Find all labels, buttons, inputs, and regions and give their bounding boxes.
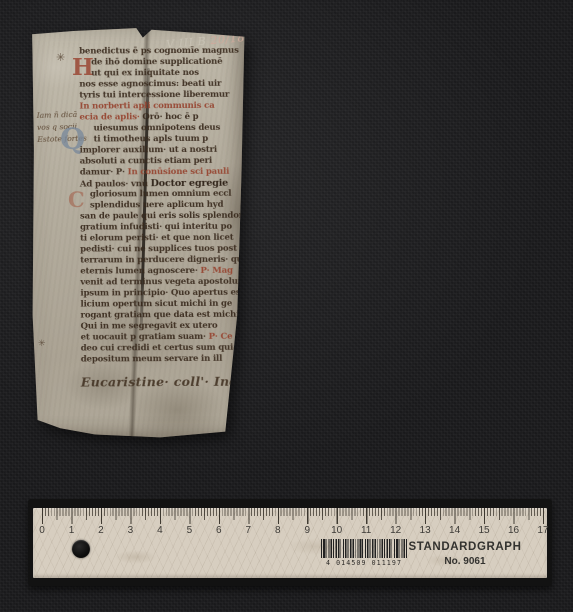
- parchment: V III B 20/182c ✳ ✳ Iam ñ dicā vos q soc…: [30, 26, 247, 439]
- ruler-number-4: 4: [157, 525, 163, 536]
- ruler-number-3: 3: [128, 525, 134, 536]
- manuscript-line-21: eternis lumen agnoscere· P· Mag: [80, 265, 280, 277]
- text-segment: splendidus uere aplicum hyd: [90, 200, 223, 211]
- text-segment: P· Ce: [209, 332, 233, 342]
- ruler-number-17: 17: [537, 525, 548, 536]
- manuscript-line-26: Qui in me segregavit ex utero: [81, 320, 281, 332]
- ruler-number-16: 16: [508, 525, 519, 536]
- text-segment: ti timotheus apls tuum p: [94, 134, 209, 145]
- text-segment: implorer auxilium· ut a nostri: [80, 145, 217, 156]
- text-segment: et uocauit p gratiam suam·: [81, 332, 209, 343]
- manuscript-line-16: san de paule qui eris solis splendor: [80, 210, 280, 222]
- ruler-number-1: 1: [69, 525, 75, 536]
- text-segment: de ihō domine supplicationē: [91, 57, 222, 68]
- text-segment: benedictus ē ps cognomīe magnus: [79, 46, 239, 57]
- text-segment: depositum meum servare in ill: [81, 354, 222, 365]
- manuscript-line-22: venit ad terminus vegeta apostolum: [80, 276, 280, 288]
- text-segment: In norberti apłi communis ca: [79, 101, 214, 112]
- manuscript-line-23: ipsum in principio· Quo apertus est pe: [80, 287, 280, 299]
- text-segment: Orō· hoc ē p: [140, 112, 199, 122]
- ruler-brand-name: STANDARDGRAPH: [385, 541, 545, 553]
- manuscript-line-4: nos esse agnoscimus: beati uir: [79, 78, 279, 90]
- manuscript-line-2: de ihō domine supplicationē: [79, 56, 279, 68]
- text-segment: ipsum in principio· Quo apertus est pe: [80, 288, 258, 299]
- text-segment: gloriosum lumen omnium eccl: [90, 189, 232, 200]
- ruler-number-2: 2: [98, 525, 104, 536]
- ruler-model-number: No. 9061: [385, 556, 545, 567]
- text-segment: ut qui ex iniquitate nos: [91, 68, 199, 79]
- manuscript-line-11: absoluti a cunctis etiam peri: [80, 155, 280, 167]
- ruler-number-6: 6: [216, 525, 222, 536]
- ruler-number-8: 8: [275, 525, 281, 536]
- manuscript-line-27: et uocauit p gratiam suam· P· Ce: [81, 331, 281, 343]
- manuscript-line-20: terrarum in perducere digneris· qui: [80, 254, 280, 266]
- manuscript-line-19: pedisti· cui ne supplices tuos post: [80, 243, 280, 255]
- ruler-number-0: 0: [39, 525, 45, 536]
- text-segment: In conūsione sci pauli: [128, 167, 230, 178]
- text-segment: terrarum in perducere digneris· qui: [80, 255, 246, 266]
- ruler-hanging-hole: [72, 540, 90, 558]
- ruler-number-5: 5: [187, 525, 193, 536]
- text-segment: absoluti a cunctis etiam peri: [80, 156, 212, 167]
- text-segment: rogant gratiam que data est michi: [80, 310, 239, 321]
- ruler-number-13: 13: [420, 525, 431, 536]
- text-segment: licium opertum sicut michi in ge: [80, 299, 232, 310]
- text-segment: uiesumus omnipotens deus: [94, 123, 221, 134]
- manuscript-line-29: depositum meum servare in ill: [81, 353, 281, 365]
- manuscript-fragment: V III B 20/182c ✳ ✳ Iam ñ dicā vos q soc…: [30, 26, 247, 439]
- ruler-number-7: 7: [246, 525, 252, 536]
- manuscript-line-10: implorer auxilium· ut a nostri: [80, 144, 280, 156]
- ruler-number-14: 14: [449, 525, 460, 536]
- manuscript-line-1: benedictus ē ps cognomīe magnus: [79, 45, 279, 57]
- manuscript-display-line: Eucaristine· coll'· Indulgē: [81, 373, 281, 389]
- text-segment: deo cui credidi et certus sum quia: [81, 343, 239, 354]
- manuscript-line-24: licium opertum sicut michi in ge: [80, 298, 280, 310]
- text-segment: ti elorum peristi· et que non licet: [80, 233, 234, 244]
- ruler-number-9: 9: [304, 525, 310, 536]
- text-segment: venit ad terminus vegeta apostolum: [80, 277, 246, 288]
- ruler: 01234567891011121314151617 4 014509 0111…: [28, 499, 552, 586]
- photo-stage: V III B 20/182c ✳ ✳ Iam ñ dicā vos q soc…: [0, 0, 573, 612]
- ruler-number-12: 12: [390, 525, 401, 536]
- star-mark-top: ✳: [56, 51, 65, 64]
- text-segment: nos esse agnoscimus: beati uir: [79, 79, 221, 90]
- star-mark-bottom: ✳: [38, 339, 46, 349]
- manuscript-line-17: gratium infudisti· qui interitu po: [80, 221, 280, 233]
- text-segment: gratium infudisti· qui interitu po: [80, 222, 232, 233]
- manuscript-line-5: tyris tui intercessione liberemur: [79, 89, 279, 101]
- manuscript-line-9: ti timotheus apls tuum p: [80, 133, 280, 145]
- text-segment: Ad paulos· vnū: [80, 179, 151, 189]
- ruler-number-15: 15: [478, 525, 489, 536]
- text-segment: eternis lumen agnoscere·: [80, 266, 200, 277]
- text-segment: tyris tui intercessione liberemur: [79, 90, 229, 101]
- manuscript-line-28: deo cui credidi et certus sum quia: [81, 342, 281, 354]
- ruler-ticks-cm: [42, 508, 545, 524]
- ruler-number-10: 10: [331, 525, 342, 536]
- manuscript-line-7: ecia de aplis· Orō· hoc ē p: [79, 111, 279, 123]
- manuscript-text-block: benedictus ē ps cognomīe magnusde ihō do…: [79, 45, 281, 389]
- manuscript-line-8: uiesumus omnipotens deus: [80, 122, 280, 134]
- manuscript-line-6: In norberti apłi communis ca: [79, 100, 279, 112]
- ruler-number-11: 11: [361, 525, 371, 536]
- manuscript-line-13: Ad paulos· vnū Doctor egregie: [80, 177, 280, 189]
- ruler-number-row: 01234567891011121314151617: [33, 525, 547, 538]
- text-segment: Doctor egregie: [151, 178, 228, 189]
- ruler-wood-face: 01234567891011121314151617 4 014509 0111…: [33, 508, 547, 578]
- text-segment: damur· P·: [80, 167, 128, 177]
- ruler-brand-block: STANDARDGRAPH No. 9061: [385, 541, 545, 567]
- text-segment: san de paule qui eris solis splendor: [80, 211, 243, 222]
- manuscript-line-14: gloriosum lumen omnium eccl: [80, 188, 280, 200]
- text-segment: ecia de aplis·: [79, 112, 139, 122]
- manuscript-lines: benedictus ē ps cognomīe magnusde ihō do…: [79, 45, 281, 365]
- manuscript-line-18: ti elorum peristi· et que non licet: [80, 232, 280, 244]
- manuscript-line-3: ut qui ex iniquitate nos: [79, 67, 279, 79]
- text-segment: pedisti· cui ne supplices tuos post: [80, 244, 237, 255]
- manuscript-line-25: rogant gratiam que data est michi: [80, 309, 280, 321]
- manuscript-line-15: splendidus uere aplicum hyd: [80, 199, 280, 211]
- text-segment: Qui in me segregavit ex utero: [81, 321, 218, 332]
- manuscript-line-12: damur· P· In conūsione sci pauli: [80, 166, 280, 178]
- text-segment: P· Mag: [200, 266, 232, 276]
